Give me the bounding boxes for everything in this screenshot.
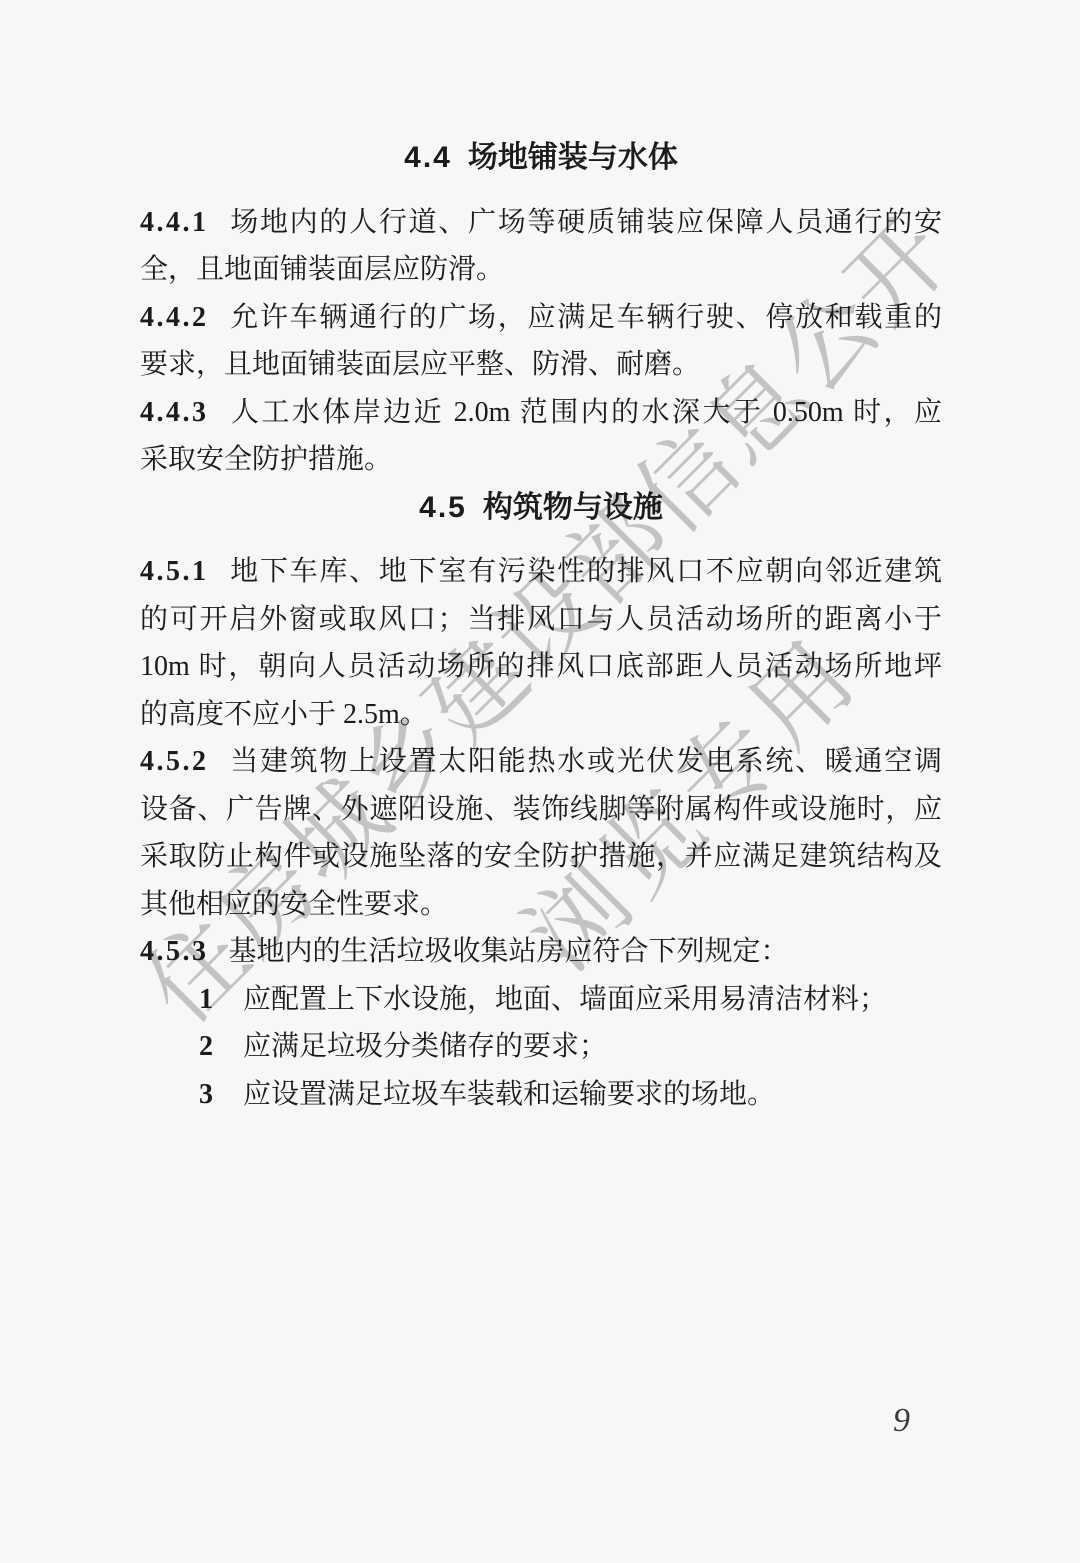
clause-text: 允许车辆通行的广场，应满足车辆行驶、停放和载重的 [229, 302, 943, 333]
clause-number: 4.5.1 [140, 556, 209, 587]
item-text: 应配置上下水设施，地面、墙面应采用易清洁材料； [243, 984, 887, 1015]
clause-text: 人工水体岸边近 2.0m 范围内的水深大于 0.50m 时，应 [229, 397, 943, 428]
clause-line: 10m 时，朝向人员活动场所的排风口底部距人员活动场所地坪 [140, 643, 942, 691]
clause-line: 4.5.2当建筑物上设置太阳能热水或光伏发电系统、暖通空调 [140, 738, 942, 786]
section-number: 4.5 [419, 491, 467, 524]
clause-line: 4.4.2允许车辆通行的广场，应满足车辆行驶、停放和载重的 [140, 294, 942, 342]
clause-number: 4.5.3 [140, 936, 209, 967]
clause-line: 4.5.3基地内的生活垃圾收集站房应符合下列规定： [140, 928, 942, 976]
section-heading-4-5: 4.5构筑物与设施 [140, 484, 942, 532]
list-item: 2应满足垃圾分类储存的要求； [140, 1023, 942, 1071]
list-item: 1应配置上下水设施，地面、墙面应采用易清洁材料； [140, 976, 942, 1024]
section-title: 场地铺装与水体 [468, 141, 678, 174]
document-page: 住房城乡建设部信息公开 浏览专用 4.4场地铺装与水体 4.4.1场地内的人行道… [0, 0, 1080, 1563]
item-text: 应设置满足垃圾车装载和运输要求的场地。 [243, 1079, 775, 1110]
clause-number: 4.4.1 [140, 207, 209, 238]
clause-line: 采取防止构件或设施坠落的安全防护措施，并应满足建筑结构及 [140, 833, 942, 881]
clause-line: 4.5.1地下车库、地下室有污染性的排风口不应朝向邻近建筑 [140, 548, 942, 596]
page-number: 9 [893, 1402, 910, 1440]
section-number: 4.4 [404, 141, 452, 174]
clause-line: 采取安全防护措施。 [140, 436, 942, 484]
section-heading-4-4: 4.4场地铺装与水体 [140, 134, 942, 182]
clause-line: 要求，且地面铺装面层应平整、防滑、耐磨。 [140, 341, 942, 389]
section-title: 构筑物与设施 [483, 491, 663, 524]
clause-line: 4.4.1场地内的人行道、广场等硬质铺装应保障人员通行的安 [140, 199, 942, 247]
item-text: 应满足垃圾分类储存的要求； [243, 1031, 607, 1062]
clause-line: 4.4.3人工水体岸边近 2.0m 范围内的水深大于 0.50m 时，应 [140, 389, 942, 437]
clause-line: 其他相应的安全性要求。 [140, 881, 942, 929]
item-number: 3 [199, 1079, 213, 1110]
item-number: 2 [199, 1031, 213, 1062]
item-number: 1 [199, 984, 213, 1015]
clause-line: 的可开启外窗或取风口；当排风口与人员活动场所的距离小于 [140, 596, 942, 644]
clause-line: 全，且地面铺装面层应防滑。 [140, 246, 942, 294]
clause-line: 设备、广告牌、外遮阳设施、装饰线脚等附属构件或设施时，应 [140, 786, 942, 834]
clause-text: 地下车库、地下室有污染性的排风口不应朝向邻近建筑 [229, 556, 943, 587]
clause-text: 基地内的生活垃圾收集站房应符合下列规定： [229, 936, 789, 967]
clause-text: 当建筑物上设置太阳能热水或光伏发电系统、暖通空调 [229, 746, 943, 777]
clause-number: 4.4.3 [140, 397, 209, 428]
clause-text: 场地内的人行道、广场等硬质铺装应保障人员通行的安 [229, 207, 943, 238]
clause-number: 4.4.2 [140, 302, 209, 333]
clause-line: 的高度不应小于 2.5m。 [140, 691, 942, 739]
page-content: 4.4场地铺装与水体 4.4.1场地内的人行道、广场等硬质铺装应保障人员通行的安… [140, 134, 942, 1118]
list-item: 3应设置满足垃圾车装载和运输要求的场地。 [140, 1071, 942, 1119]
clause-number: 4.5.2 [140, 746, 209, 777]
